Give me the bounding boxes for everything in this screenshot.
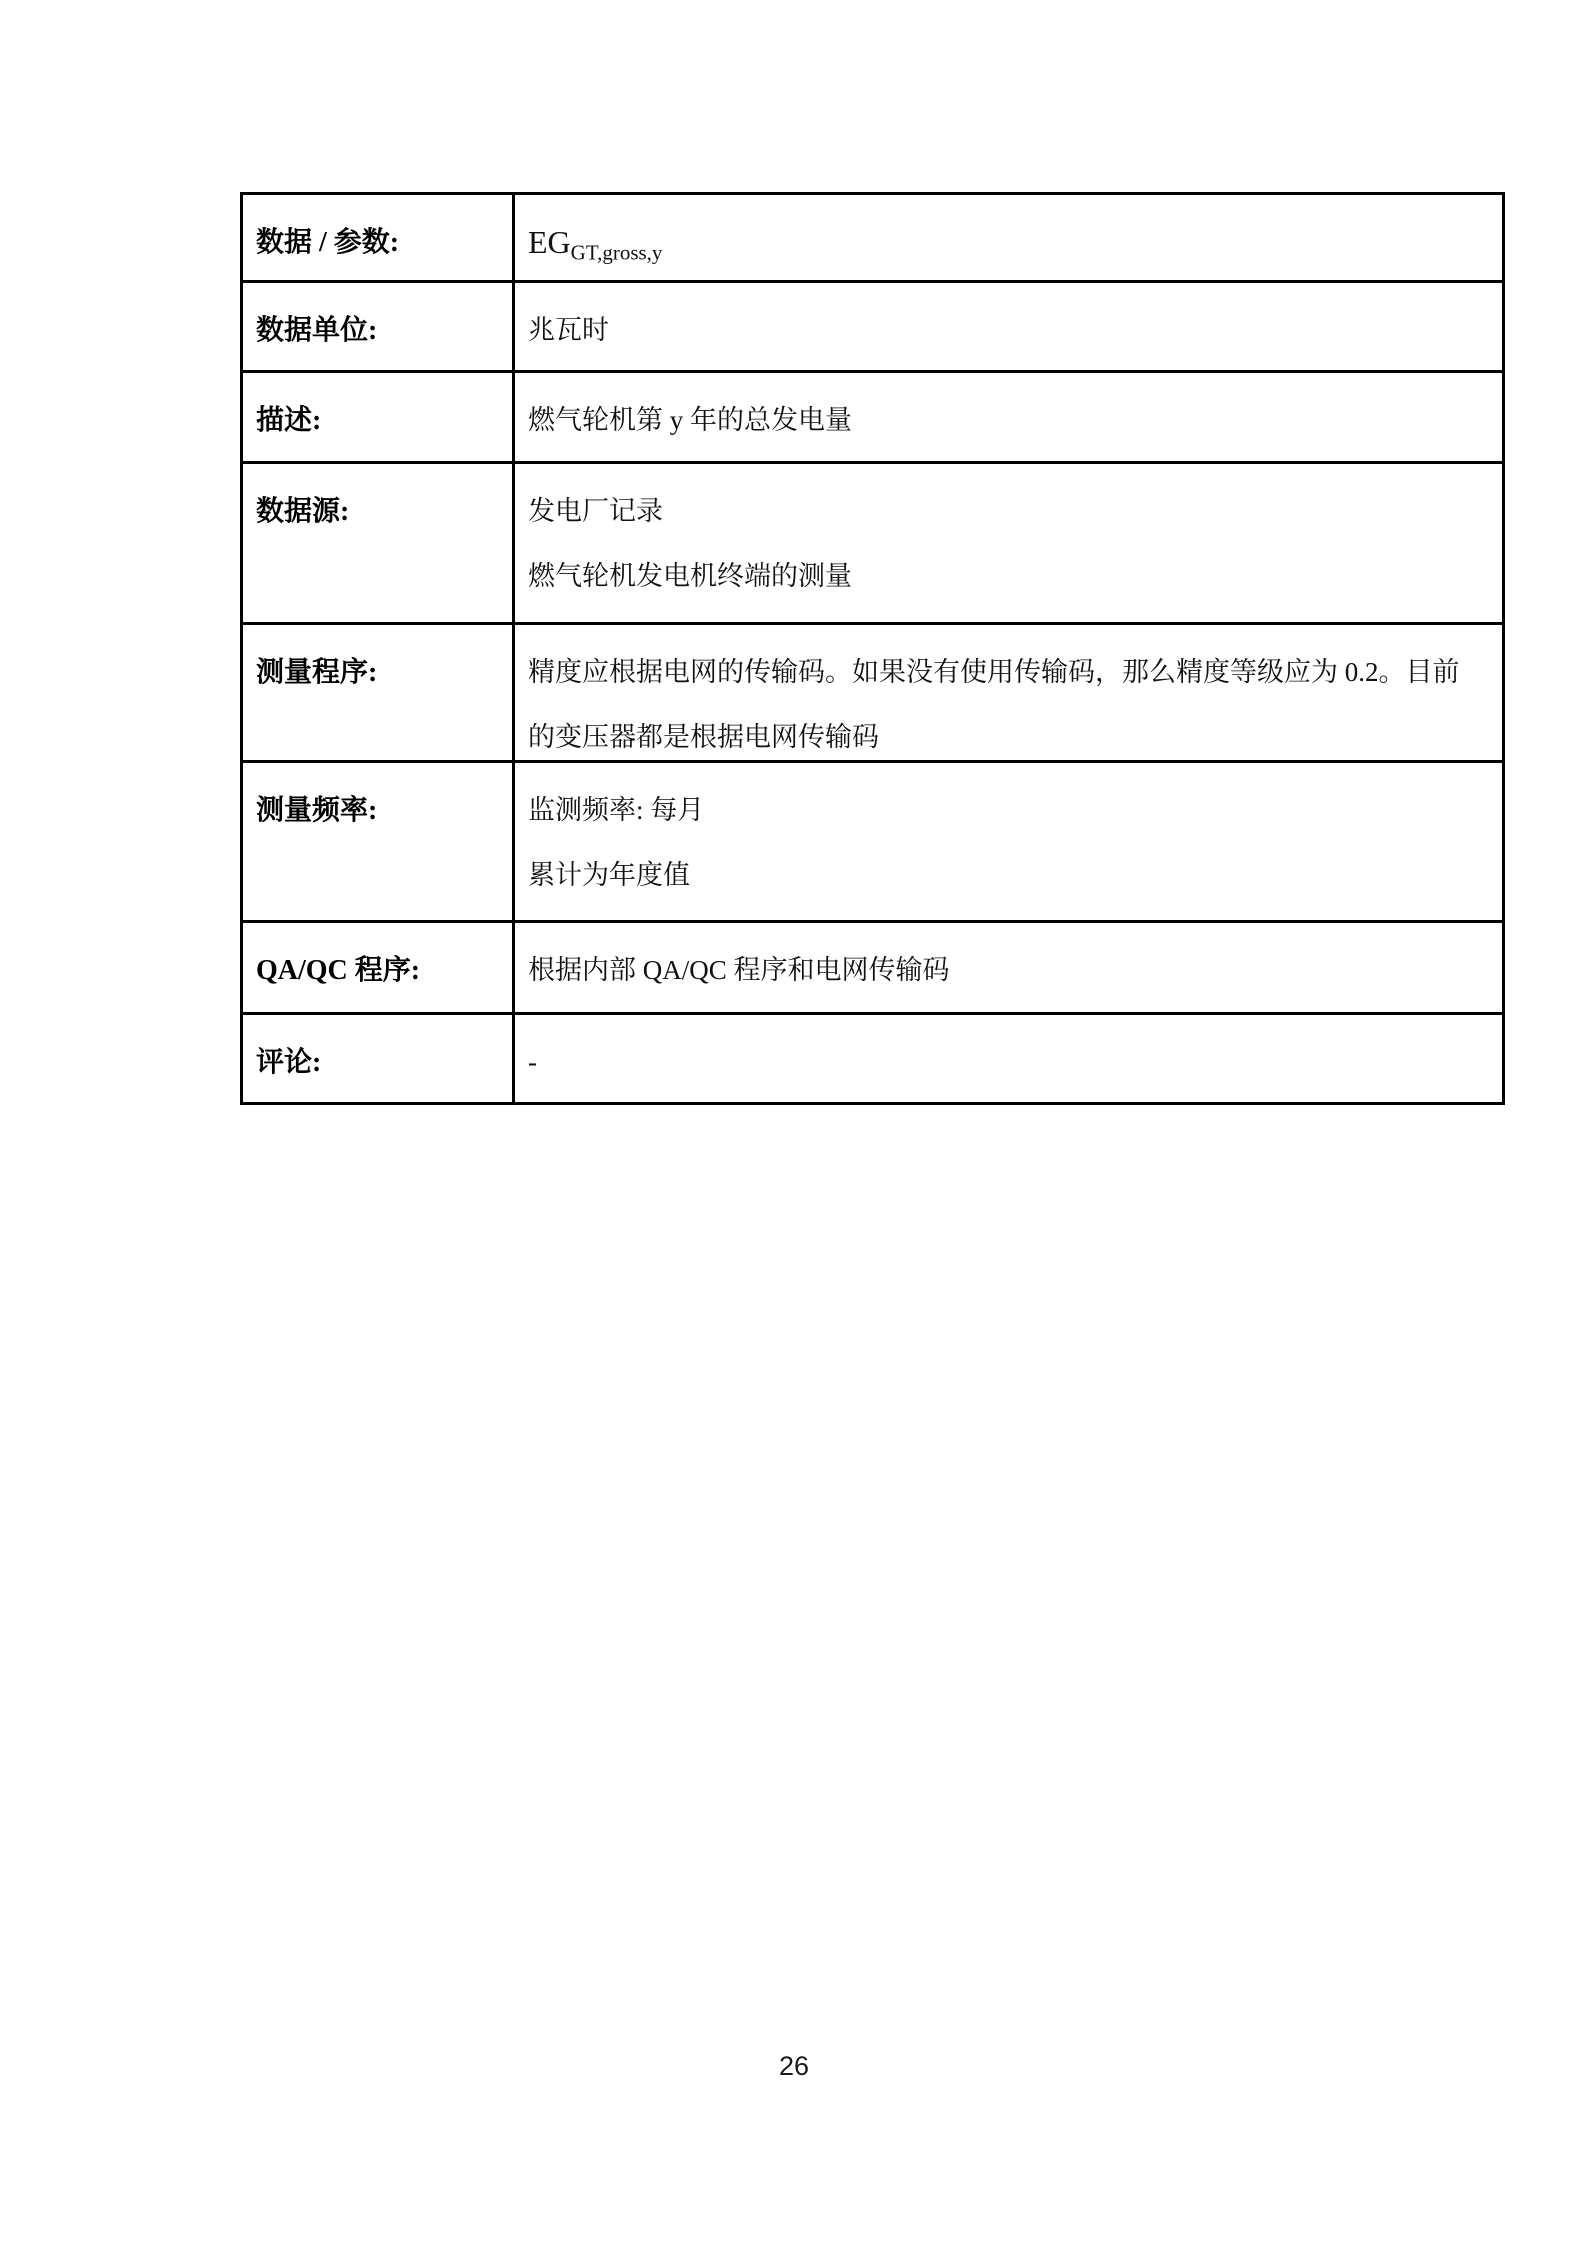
row-label: 评论: (256, 1030, 500, 1095)
parameter-table: 数据 / 参数:EGGT,gross,y数据单位:兆瓦时描述:燃气轮机第 y 年… (240, 192, 1505, 1105)
table-row: 测量频率:监测频率: 每月累计为年度值 (243, 763, 1502, 923)
value-line: 发电厂记录 (528, 479, 1490, 544)
parameter-formula: EGGT,gross,y (528, 210, 1490, 275)
value-line: - (528, 1030, 1490, 1095)
document-page: 数据 / 参数:EGGT,gross,y数据单位:兆瓦时描述:燃气轮机第 y 年… (0, 0, 1588, 2245)
row-label: 测量频率: (256, 778, 500, 843)
table-row: 数据单位:兆瓦时 (243, 283, 1502, 373)
table-row: 评论:- (243, 1015, 1502, 1102)
row-label: 数据单位: (256, 298, 500, 363)
row-value-cell: 监测频率: 每月累计为年度值 (515, 763, 1502, 920)
row-label-cell: 数据 / 参数: (243, 195, 515, 280)
row-value-cell: 精度应根据电网的传输码。如果没有使用传输码，那么精度等级应为 0.2。目前的变压… (515, 625, 1502, 760)
formula-subscript: GT,gross,y (571, 240, 663, 264)
row-value-cell: 根据内部 QA/QC 程序和电网传输码 (515, 923, 1502, 1012)
value-line: 燃气轮机第 y 年的总发电量 (528, 388, 1490, 453)
row-label: QA/QC 程序: (256, 938, 500, 1003)
value-line: 根据内部 QA/QC 程序和电网传输码 (528, 938, 1490, 1003)
row-value-cell: - (515, 1015, 1502, 1102)
row-value-cell: 发电厂记录燃气轮机发电机终端的测量 (515, 464, 1502, 622)
table-row: 测量程序:精度应根据电网的传输码。如果没有使用传输码，那么精度等级应为 0.2。… (243, 625, 1502, 763)
row-label-cell: 测量程序: (243, 625, 515, 760)
value-line: 精度应根据电网的传输码。如果没有使用传输码，那么精度等级应为 0.2。目前 (528, 640, 1490, 705)
row-label: 数据 / 参数: (256, 210, 500, 275)
table-row: QA/QC 程序:根据内部 QA/QC 程序和电网传输码 (243, 923, 1502, 1015)
row-label: 数据源: (256, 479, 500, 544)
value-line: 兆瓦时 (528, 298, 1490, 363)
row-label: 描述: (256, 388, 500, 453)
row-label-cell: 评论: (243, 1015, 515, 1102)
row-value-cell: 燃气轮机第 y 年的总发电量 (515, 373, 1502, 461)
table-row: 数据源:发电厂记录燃气轮机发电机终端的测量 (243, 464, 1502, 625)
row-label-cell: QA/QC 程序: (243, 923, 515, 1012)
row-label-cell: 数据单位: (243, 283, 515, 370)
value-line: 监测频率: 每月 (528, 778, 1490, 843)
table-row: 描述:燃气轮机第 y 年的总发电量 (243, 373, 1502, 464)
row-value-cell: 兆瓦时 (515, 283, 1502, 370)
row-value-cell: EGGT,gross,y (515, 195, 1502, 280)
table-row: 数据 / 参数:EGGT,gross,y (243, 195, 1502, 283)
formula-base: EG (528, 224, 571, 260)
row-label-cell: 数据源: (243, 464, 515, 622)
row-label: 测量程序: (256, 640, 500, 705)
row-label-cell: 测量频率: (243, 763, 515, 920)
page-number: 26 (0, 2051, 1588, 2082)
row-label-cell: 描述: (243, 373, 515, 461)
value-line: 累计为年度值 (528, 843, 1490, 908)
value-line: 燃气轮机发电机终端的测量 (528, 544, 1490, 609)
value-line: 的变压器都是根据电网传输码 (528, 705, 1490, 770)
